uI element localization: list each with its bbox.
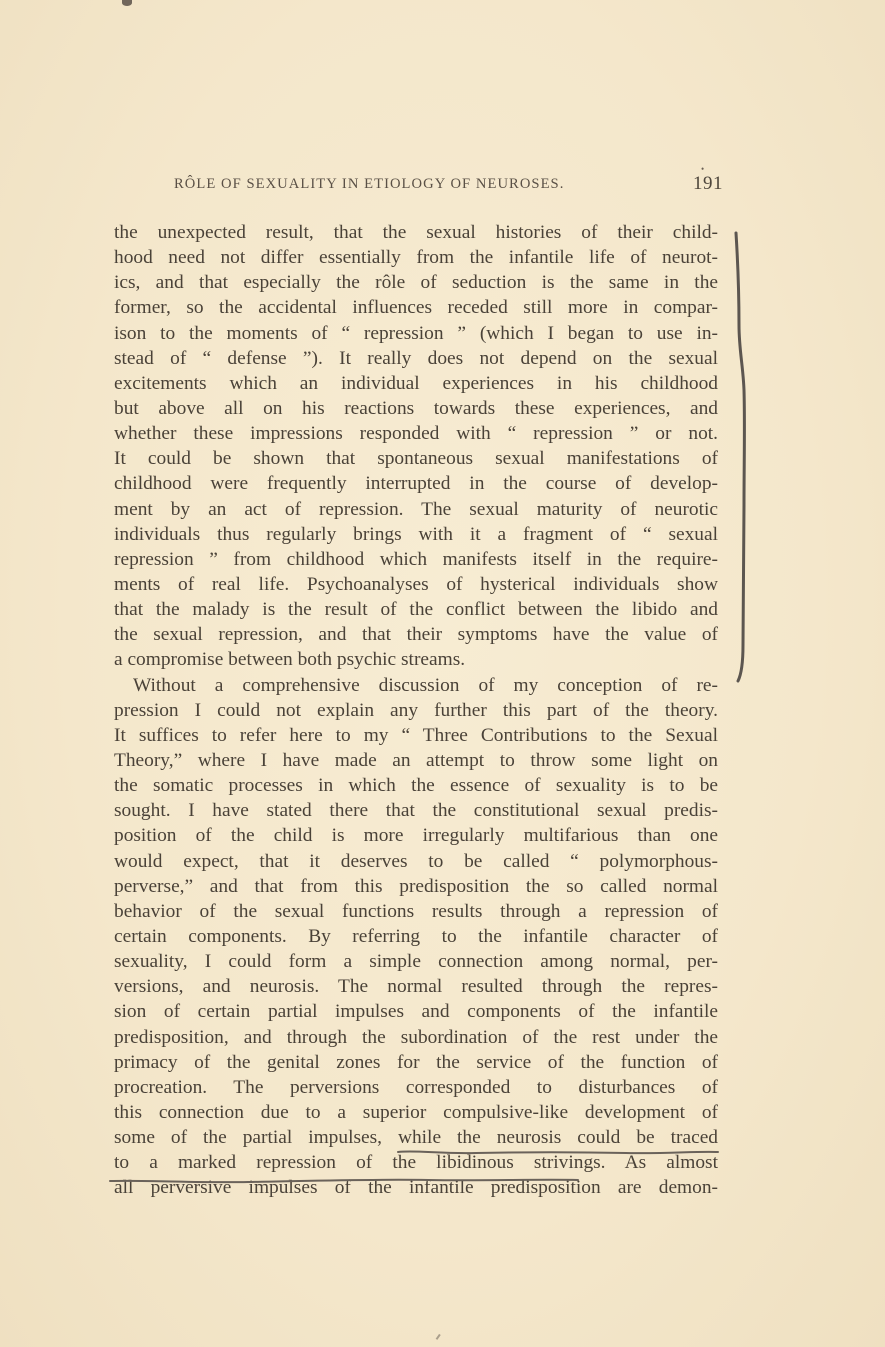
text-line: excitements which an individual experien… — [114, 371, 718, 396]
text-line: a compromise between both psychic stream… — [114, 647, 718, 672]
text-line: perverse,” and that from this predisposi… — [114, 874, 718, 899]
pencil-underline-mark — [396, 1147, 721, 1159]
text-line: former, so the accidental influences rec… — [114, 295, 718, 320]
text-line: Theory,” where I have made an attempt to… — [114, 748, 718, 773]
text-line: repression ” from childhood which manife… — [114, 547, 718, 572]
book-page: RÔLE OF SEXUALITY IN ETIOLOGY OF NEUROSE… — [0, 0, 885, 1347]
text-line: versions, and neurosis. The normal resul… — [114, 974, 718, 999]
scan-speck-mark — [436, 1334, 441, 1340]
text-line: whether these impressions responded with… — [114, 421, 718, 446]
text-line: pression I could not explain any further… — [114, 698, 718, 723]
text-line: sion of certain partial impulses and com… — [114, 999, 718, 1024]
text-line: childhood were frequently interrupted in… — [114, 471, 718, 496]
text-line: ment by an act of repression. The sexual… — [114, 497, 718, 522]
text-line: It suffices to refer here to my “ Three … — [114, 723, 718, 748]
text-line: It could be shown that spontaneous sexua… — [114, 446, 718, 471]
text-line: ison to the moments of “ repression ” (w… — [114, 321, 718, 346]
scan-speck-mark — [122, 0, 132, 6]
paragraph-1: the unexpected result, that the sexual h… — [114, 220, 718, 673]
text-line: the somatic processes in which the essen… — [114, 773, 718, 798]
text-line: predisposition, and through the subordin… — [114, 1025, 718, 1050]
text-line: certain components. By referring to the … — [114, 924, 718, 949]
text-line: sexuality, I could form a simple connect… — [114, 949, 718, 974]
text-line: this connection due to a superior compul… — [114, 1100, 718, 1125]
text-line: sought. I have stated there that the con… — [114, 798, 718, 823]
text-line: the sexual repression, and that their sy… — [114, 622, 718, 647]
paragraph-2: Without a comprehensive discussion of my… — [114, 673, 718, 1201]
text-line: hood need not differ essentially from th… — [114, 245, 718, 270]
text-line: but above all on his reactions towards t… — [114, 396, 718, 421]
text-line: behavior of the sexual functions results… — [114, 899, 718, 924]
text-line: position of the child is more irregularl… — [114, 823, 718, 848]
text-line: stead of “ defense ”). It really does no… — [114, 346, 718, 371]
body-text: the unexpected result, that the sexual h… — [114, 220, 718, 1200]
text-line: individuals thus regularly brings with i… — [114, 522, 718, 547]
text-line: procreation. The perversions corresponde… — [114, 1075, 718, 1100]
running-head: RÔLE OF SEXUALITY IN ETIOLOGY OF NEUROSE… — [174, 176, 714, 200]
text-line: primacy of the genital zones for the ser… — [114, 1050, 718, 1075]
running-head-title: RÔLE OF SEXUALITY IN ETIOLOGY OF NEUROSE… — [174, 176, 564, 193]
text-line: ics, and that especially the rôle of sed… — [114, 270, 718, 295]
margin-bracket-annotation — [728, 225, 754, 683]
text-line: ments of real life. Psychoanalyses of hy… — [114, 572, 718, 597]
page-number: 191 — [693, 173, 723, 195]
text-line: the unexpected result, that the sexual h… — [114, 220, 718, 245]
text-line: that the malady is the result of the con… — [114, 597, 718, 622]
text-line: Without a comprehensive discussion of my… — [114, 673, 718, 698]
pencil-underline-mark — [108, 1174, 583, 1188]
text-line: would expect, that it deserves to be cal… — [114, 849, 718, 874]
